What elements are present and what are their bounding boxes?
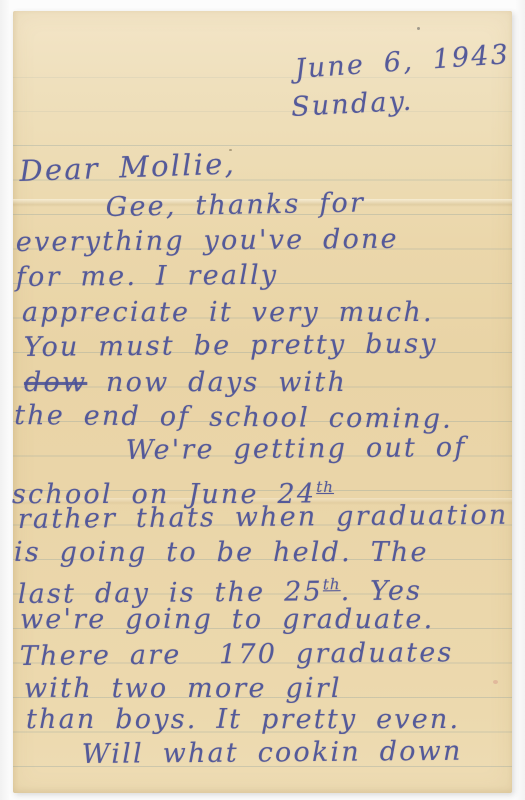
handwriting-text: the end of school coming. bbox=[14, 400, 453, 435]
handwriting-text: rather thats when graduation bbox=[18, 500, 509, 535]
handwriting-line: You must be pretty busy bbox=[24, 328, 438, 364]
handwriting-text: we're going to graduate. bbox=[20, 604, 434, 635]
letter-scan: June 6, 1943 Sunday. Dear Mollie, Gee, t… bbox=[0, 0, 525, 800]
handwriting-line: Will what cookin down bbox=[82, 736, 463, 771]
handwriting-text: for me. I really bbox=[16, 260, 279, 293]
handwriting-line: with two more girl bbox=[24, 673, 342, 705]
letter-salutation: Dear Mollie, bbox=[19, 147, 237, 187]
handwriting-text: . Yes bbox=[340, 575, 422, 607]
handwriting-line: We're getting out of bbox=[126, 432, 467, 467]
handwriting-text: We're getting out of bbox=[126, 432, 467, 466]
handwriting-line: than boys. It pretty even. bbox=[26, 704, 460, 736]
handwriting-text: with two more girl bbox=[24, 673, 342, 704]
handwriting-text: now days with bbox=[87, 367, 347, 398]
handwriting-line: the end of school coming. bbox=[14, 400, 453, 436]
handwriting-text: appreciate it very much. bbox=[22, 297, 434, 328]
letter-day: Sunday. bbox=[290, 86, 414, 124]
handwriting-line: dow now days with bbox=[24, 367, 347, 399]
superscript-ordinal: th bbox=[323, 575, 341, 593]
superscript-ordinal: th bbox=[316, 478, 334, 496]
handwriting-text: You must be pretty busy bbox=[24, 328, 438, 363]
struck-word: dow bbox=[24, 367, 87, 398]
handwriting-line: everything you've done bbox=[16, 224, 399, 259]
handwriting-text: There are 170 graduates bbox=[20, 637, 454, 672]
handwriting-text: Gee, thanks for bbox=[105, 187, 365, 223]
handwriting-text: Will what cookin down bbox=[82, 736, 463, 770]
handwriting-text: than boys. It pretty even. bbox=[26, 704, 460, 735]
handwriting-text: everything you've done bbox=[16, 224, 399, 258]
handwriting-line: for me. I really bbox=[16, 260, 279, 294]
handwriting-line: There are 170 graduates bbox=[20, 637, 454, 673]
handwriting-text: is going to be held. The bbox=[14, 537, 429, 568]
handwriting-line: appreciate it very much. bbox=[22, 297, 434, 329]
handwriting-line: is going to be held. The bbox=[14, 537, 429, 569]
handwriting-line: we're going to graduate. bbox=[20, 604, 434, 636]
handwriting-line: Gee, thanks for bbox=[105, 187, 365, 224]
handwriting-line: rather thats when graduation bbox=[18, 500, 509, 536]
